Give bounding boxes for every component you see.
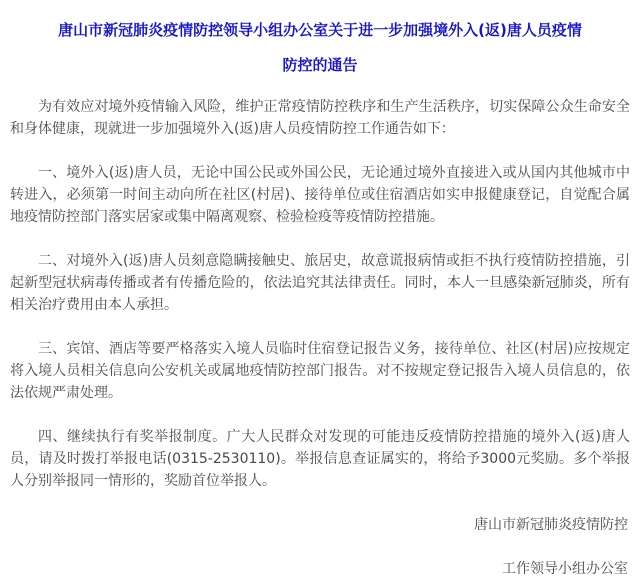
signature-line2: 工作领导小组办公室 (10, 558, 630, 580)
notice-paragraph-item4: 四、继续执行有奖举报制度。广大人民群众对发现的可能违反疫情防控措施的境外入(返)… (10, 426, 630, 492)
notice-paragraph-item2: 二、对境外入(返)唐人员刻意隐瞒接触史、旅居史，故意谎报病情或拒不执行疫情防控措… (10, 250, 630, 316)
notice-title: 唐山市新冠肺炎疫情防控领导小组办公室关于进一步加强境外入(返)唐人员疫情 防控的… (10, 13, 630, 83)
notice-document: 唐山市新冠肺炎疫情防控领导小组办公室关于进一步加强境外入(返)唐人员疫情 防控的… (0, 0, 640, 581)
notice-body: 为有效应对境外疫情输入风险，维护正常疫情防控秩序和生产生活秩序，切实保障公众生命… (0, 96, 640, 580)
notice-paragraph-intro: 为有效应对境外疫情输入风险，维护正常疫情防控秩序和生产生活秩序，切实保障公众生命… (10, 96, 630, 140)
signature-line1: 唐山市新冠肺炎疫情防控 (10, 514, 630, 536)
notice-title-line2: 防控的通告 (10, 48, 630, 83)
notice-title-line1: 唐山市新冠肺炎疫情防控领导小组办公室关于进一步加强境外入(返)唐人员疫情 (10, 13, 630, 48)
notice-paragraph-item1: 一、境外入(返)唐人员，无论中国公民或外国公民，无论通过境外直接进入或从国内其他… (10, 162, 630, 228)
notice-paragraph-item3: 三、宾馆、酒店等要严格落实入境人员临时住宿登记报告义务，接待单位、社区(村居)应… (10, 338, 630, 404)
